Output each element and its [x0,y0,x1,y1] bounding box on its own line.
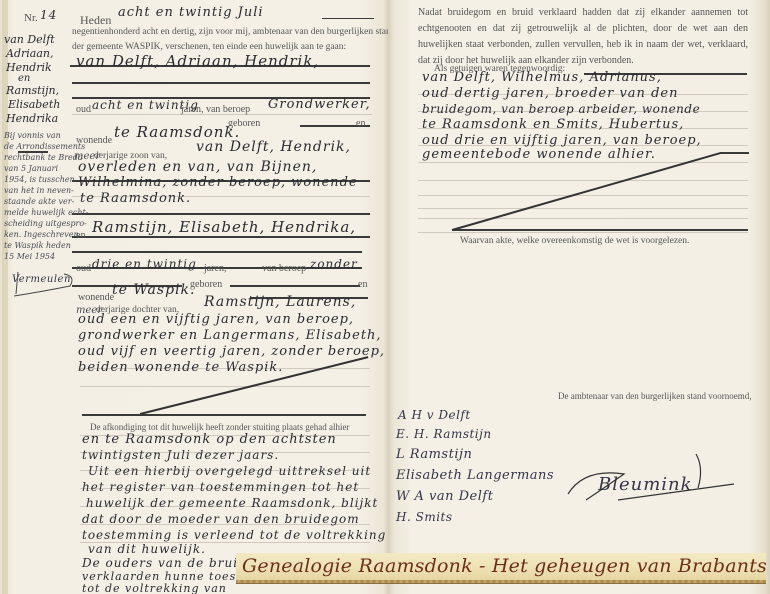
witness-signature-5: W A van Delft [396,489,493,504]
banner-text: Genealogie Raamsdonk - Het geheugen van … [242,555,770,577]
proclamation-line-5: huwelijk der gemeente Raamsdonk, blijkt [86,496,378,510]
witness-signature-2: E. H. Ramstijn [396,427,492,441]
groom-parents-line-3: Wilhelmina, zonder beroep, wonende [78,175,358,190]
proclamation-line-2: twintigsten Juli dezer jaars. [82,448,279,462]
witness-signature-1: A H v Delft [398,408,471,422]
annotation-line-12: 15 Mei 1954 [4,252,55,261]
official-signature-flourish [564,448,744,508]
marriage-date: acht en twintig Juli [118,5,264,20]
groom-age-label: oud [76,104,91,115]
annotation-line-10: ken. Ingeschreven [4,230,79,239]
witness-line-1: van Delft, Wilhelmus, Adrianus, [422,70,662,85]
bride-born-and: en [358,279,367,290]
annotation-line-7: staande akte ver- [4,197,74,206]
intro-line-2: der gemeente WASPIK, verschenen, ten ein… [72,42,346,52]
annotation-signature-flourish [10,266,74,302]
left-page: Nr. 14 Heden acht en twintig Juli negent… [0,0,388,594]
bride-parents-line-2: oud een en vijftig jaren, van beroep, [78,312,354,327]
groom-father: van Delft, Hendrik, [196,139,351,155]
proclamation-line-4: het register van toestemmingen tot het [82,480,359,494]
witness-line-2: oud dertig jaren, broeder van den [422,86,678,101]
witness-line-3: bruidegom, van beroep arbeider, wonende [422,102,700,116]
proclamation-line-11: tot de voltrekking van [82,582,227,594]
groom-parents-line-2: overleden en van, van Bijnen, [78,159,317,175]
site-banner: Genealogie Raamsdonk - Het geheugen van … [236,553,766,583]
groom-born-and: en [356,118,365,129]
annotation-line-11: te Waspik heden [4,241,71,250]
margin-name-1: van Delft [4,33,55,46]
margin-name-7: Hendrika [6,112,58,125]
annotation-line-6: van het in neven- [4,186,74,195]
proclamation-label: De afkondiging tot dit huwelijk heeft zo… [90,422,349,432]
read-aloud-statement: Waarvan akte, welke overeenkomstig de we… [460,236,689,246]
annotation-line-4: van 5 Januari [4,164,58,173]
witness-line-6: gemeentebode wonende alhier. [422,147,656,162]
bride-age-label: oud [76,263,91,274]
bride-father: Ramstijn, Laurens, [204,294,356,310]
bride-parents-line-4: oud vijf en veertig jaren, zonder beroep… [78,344,385,359]
proclamation-line-7: toestemming is verleend tot de voltrekki… [82,528,386,542]
bride-parents-line-5: beiden wonende te Waspik. [78,360,283,375]
proclamation-line-6: dat door de moeder van den bruidegom [82,512,360,526]
bride-age: drie en twintig [92,257,197,271]
proclamation-line-1: en te Raamsdonk op den achtsten [82,432,337,447]
witness-signature-4: Elisabeth Langermans [396,468,554,483]
marriage-declaration: Nadat bruidegom en bruid verklaard hadde… [418,5,748,69]
bride-residing-label: wonende [78,292,114,303]
margin-name-5: Ramstijn, [6,84,59,97]
record-number-label: Nr. [24,12,38,24]
banner-border [236,580,766,583]
bride-years-label: jaren, [204,263,227,274]
margin-name-4: en [18,73,30,84]
official-label: De ambtenaar van den burgerlijken stand … [558,391,752,401]
proclamation-line-8: van dit huwelijk. [88,542,206,556]
annotation-line-8: melde huwelijk echt- [4,208,88,217]
groom-years-label: jaren, van beroep [181,104,250,115]
witness-line-5: oud drie en vijftig jaren, van beroep, [422,133,702,148]
bride-residence: te Waspik. [112,282,195,298]
bride-occupation-label: van beroep [262,263,306,274]
heden-label: Heden [80,13,111,28]
bride-name: Ramstijn, Elisabeth, Hendrika, [92,218,356,236]
annotation-line-1: Bij vonnis van [4,131,61,140]
groom-name: van Delft, Adriaan, Hendrik, [76,52,319,70]
groom-occupation: Grondwerker, [268,97,371,112]
right-page: Nadat bruidegom en bruid verklaard hadde… [388,0,770,594]
record-number: 14 [40,8,57,22]
annotation-line-5: 1954, is tusschen [4,175,75,184]
margin-name-2: Adriaan, [6,47,53,60]
witness-signature-6: H. Smits [396,510,453,524]
margin-name-6: Elisabeth [8,98,60,111]
witness-line-4: te Raamsdonk en Smits, Hubertus, [422,117,684,132]
annotation-line-2: de Arrondissements [4,142,85,151]
witness-signature-3: L Ramstijn [396,447,472,462]
annotation-line-9: scheiding uitgespro- [4,219,87,228]
bride-occupation: zonder [310,257,358,271]
groom-parents-line-4: te Raamsdonk. [80,191,191,206]
annotation-line-3: rechtbank te Breda [4,153,83,162]
intro-line-1: negentienhonderd acht en dertig, zijn vo… [72,27,388,37]
bride-parents-line-3: grondwerker en Langermans, Elisabeth, [78,328,382,343]
proclamation-line-3: Uit een hierbij overgelegd uittreksel ui… [88,464,371,478]
